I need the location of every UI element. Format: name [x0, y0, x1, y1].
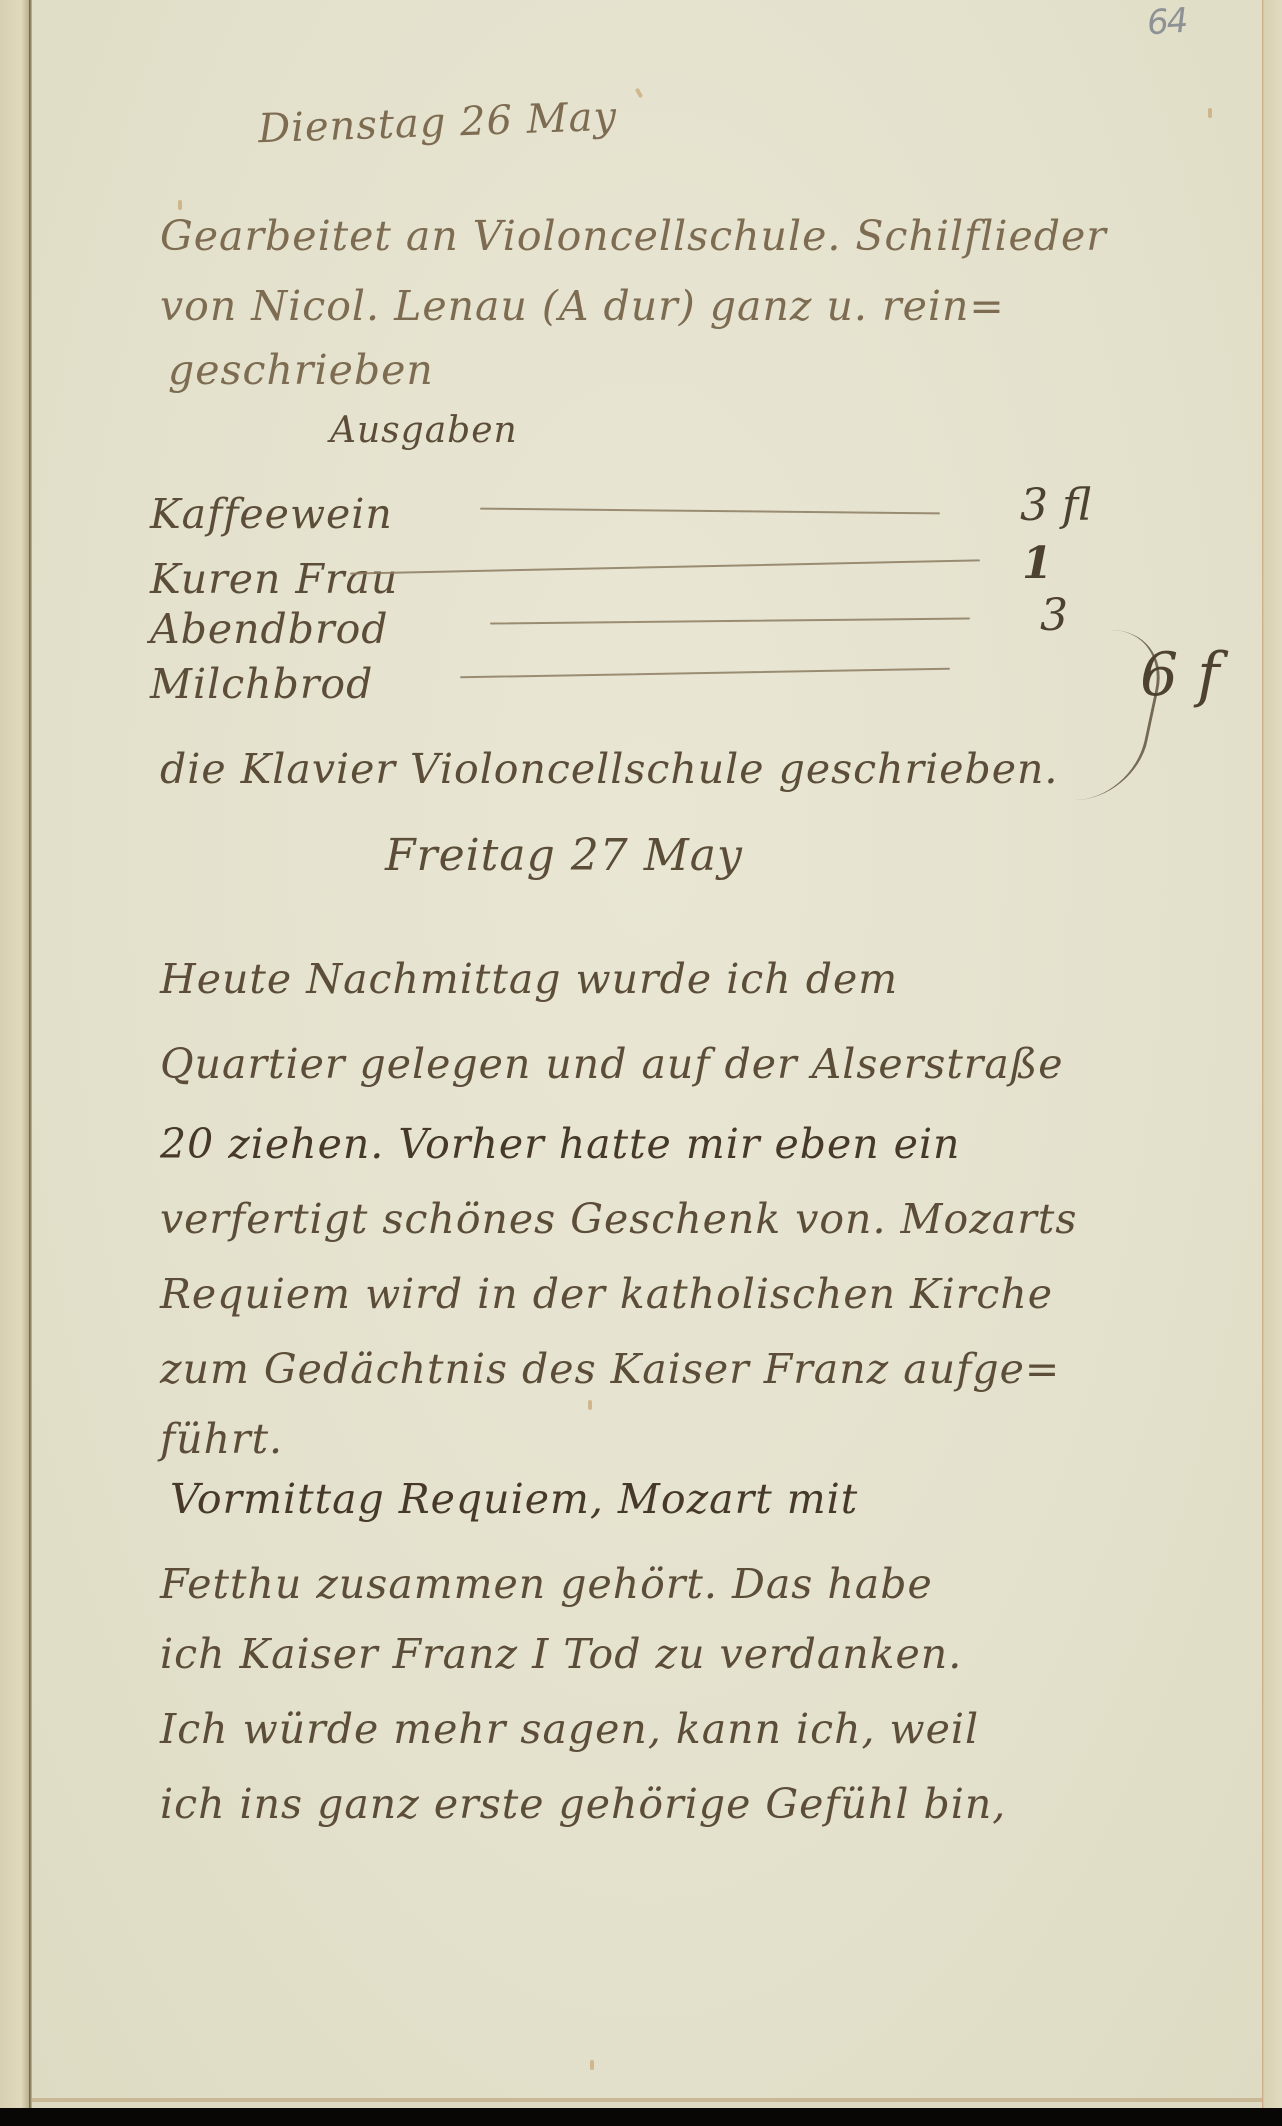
text-line: ich ins ganz erste gehörige Gefühl bin, — [160, 1780, 1006, 1828]
text-line: Fetthu zusammen gehört. Das habe — [160, 1560, 933, 1608]
text-line: zum Gedächtnis des Kaiser Franz aufge= — [160, 1345, 1060, 1393]
expense-label: Kuren Frau — [150, 555, 398, 603]
paper-fleck — [588, 1400, 592, 1410]
text-line: Requiem wird in der katholischen Kirche — [160, 1270, 1053, 1318]
text-line: Gearbeitet an Violoncellschule. Schilfli… — [160, 212, 1107, 260]
text-line: von Nicol. Lenau (A dur) ganz u. rein= — [160, 282, 1005, 330]
page-number: 64 — [1146, 1, 1188, 44]
text-line: verfertigt schönes Geschenk von. Mozarts — [160, 1195, 1077, 1243]
expense-label: Abendbrod — [150, 605, 389, 653]
scanned-page: 64 Dienstag 26 May Gearbeitet an Violonc… — [0, 0, 1282, 2108]
text-line: 20 ziehen. Vorher hatte mir eben ein — [160, 1120, 960, 1168]
expense-label: Kaffeewein — [150, 490, 393, 538]
expense-label: Milchbrod — [150, 660, 373, 708]
text-line: geschrieben — [168, 346, 434, 394]
paper-fleck — [178, 200, 182, 210]
page-bottom-edge — [32, 2098, 1262, 2102]
scan-background-strip — [0, 2108, 1282, 2126]
text-line: ich Kaiser Franz I Tod zu verdanken. — [160, 1630, 962, 1678]
expenses-total: 6 f — [1140, 640, 1219, 710]
paper-fleck — [590, 2060, 594, 2070]
expense-amount: 1 — [1022, 538, 1053, 589]
page-right-edge — [1262, 0, 1282, 2108]
previous-page-edge — [0, 0, 30, 2108]
expense-amount: 3 fl — [1020, 480, 1091, 531]
expenses-heading: Ausgaben — [330, 410, 518, 451]
text-line: Quartier gelegen und auf der Alserstraße — [160, 1040, 1064, 1088]
text-line: Ich würde mehr sagen, kann ich, weil — [160, 1705, 979, 1753]
paper-fleck — [1208, 108, 1212, 118]
expense-amount: 3 — [1040, 590, 1068, 641]
text-line: Heute Nachmittag wurde ich dem — [160, 955, 898, 1003]
text-line: Vormittag Requiem, Mozart mit — [170, 1475, 858, 1523]
text-line: die Klavier Violoncellschule geschrieben… — [160, 745, 1058, 793]
date-heading: Freitag 27 May — [385, 830, 743, 881]
text-line: führt. — [160, 1415, 283, 1463]
